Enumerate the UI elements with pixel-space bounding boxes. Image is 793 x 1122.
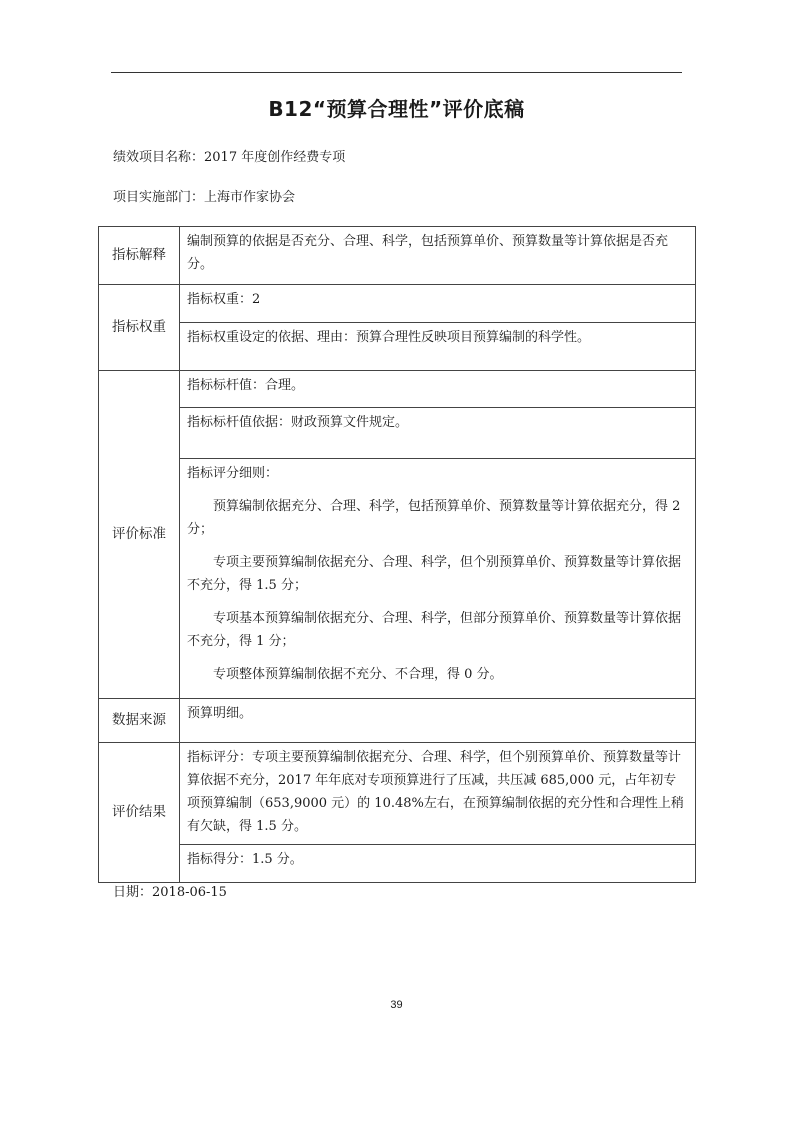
row-label: 指标解释 xyxy=(99,227,180,285)
page-number: 39 xyxy=(0,999,793,1011)
document-title: B12“预算合理性”评价底稿 xyxy=(0,93,793,122)
rule-item: 专项整体预算编制依据不充分、不合理，得 0 分。 xyxy=(187,663,689,686)
weight-value: 指标权重：2 xyxy=(180,285,696,323)
table-row-scoring-rules: 指标评分细则： 预算编制依据充分、合理、科学，包括预算单价、预算数量等计算依据充… xyxy=(99,459,696,699)
scoring-rules: 指标评分细则： 预算编制依据充分、合理、科学，包括预算单价、预算数量等计算依据充… xyxy=(180,459,696,699)
result-score: 指标得分：1.5 分。 xyxy=(180,845,696,883)
table-row-result: 评价结果 指标评分：专项主要预算编制依据充分、合理、科学，但个别预算单价、预算数… xyxy=(99,743,696,845)
table-row-weight-basis: 指标权重设定的依据、理由：预算合理性反映项目预算编制的科学性。 xyxy=(99,323,696,371)
row-label: 指标权重 xyxy=(99,285,180,371)
rules-heading: 指标评分细则： xyxy=(187,462,689,485)
row-label: 数据来源 xyxy=(99,699,180,743)
table-row-weight: 指标权重 指标权重：2 xyxy=(99,285,696,323)
weight-basis: 指标权重设定的依据、理由：预算合理性反映项目预算编制的科学性。 xyxy=(180,323,696,371)
project-name: 绩效项目名称：2017 年度创作经费专项 xyxy=(113,146,345,165)
result-assessment: 指标评分：专项主要预算编制依据充分、合理、科学，但个别预算单价、预算数量等计算依… xyxy=(180,743,696,845)
implementing-department: 项目实施部门：上海市作家协会 xyxy=(113,186,295,205)
table-row-benchmark-basis: 指标标杆值依据：财政预算文件规定。 xyxy=(99,408,696,459)
rule-item: 预算编制依据充分、合理、科学，包括预算单价、预算数量等计算依据充分，得 2 分； xyxy=(187,495,689,541)
document-date: 日期：2018-06-15 xyxy=(113,881,227,900)
data-source-text: 预算明细。 xyxy=(180,699,696,743)
rule-item: 专项基本预算编制依据充分、合理、科学，但部分预算单价、预算数量等计算依据不充分，… xyxy=(187,607,689,653)
row-label: 评价结果 xyxy=(99,743,180,883)
evaluation-table: 指标解释 编制预算的依据是否充分、合理、科学，包括预算单价、预算数量等计算依据是… xyxy=(98,226,696,883)
table-row-data-source: 数据来源 预算明细。 xyxy=(99,699,696,743)
table-row-score: 指标得分：1.5 分。 xyxy=(99,845,696,883)
table-row-criteria: 评价标准 指标标杆值：合理。 xyxy=(99,371,696,408)
benchmark-basis: 指标标杆值依据：财政预算文件规定。 xyxy=(180,408,696,459)
table-row-explanation: 指标解释 编制预算的依据是否充分、合理、科学，包括预算单价、预算数量等计算依据是… xyxy=(99,227,696,285)
explanation-text: 编制预算的依据是否充分、合理、科学，包括预算单价、预算数量等计算依据是否充分。 xyxy=(180,227,696,285)
benchmark-value: 指标标杆值：合理。 xyxy=(180,371,696,408)
row-label: 评价标准 xyxy=(99,371,180,699)
header-rule xyxy=(111,72,682,73)
rule-item: 专项主要预算编制依据充分、合理、科学，但个别预算单价、预算数量等计算依据不充分，… xyxy=(187,551,689,597)
